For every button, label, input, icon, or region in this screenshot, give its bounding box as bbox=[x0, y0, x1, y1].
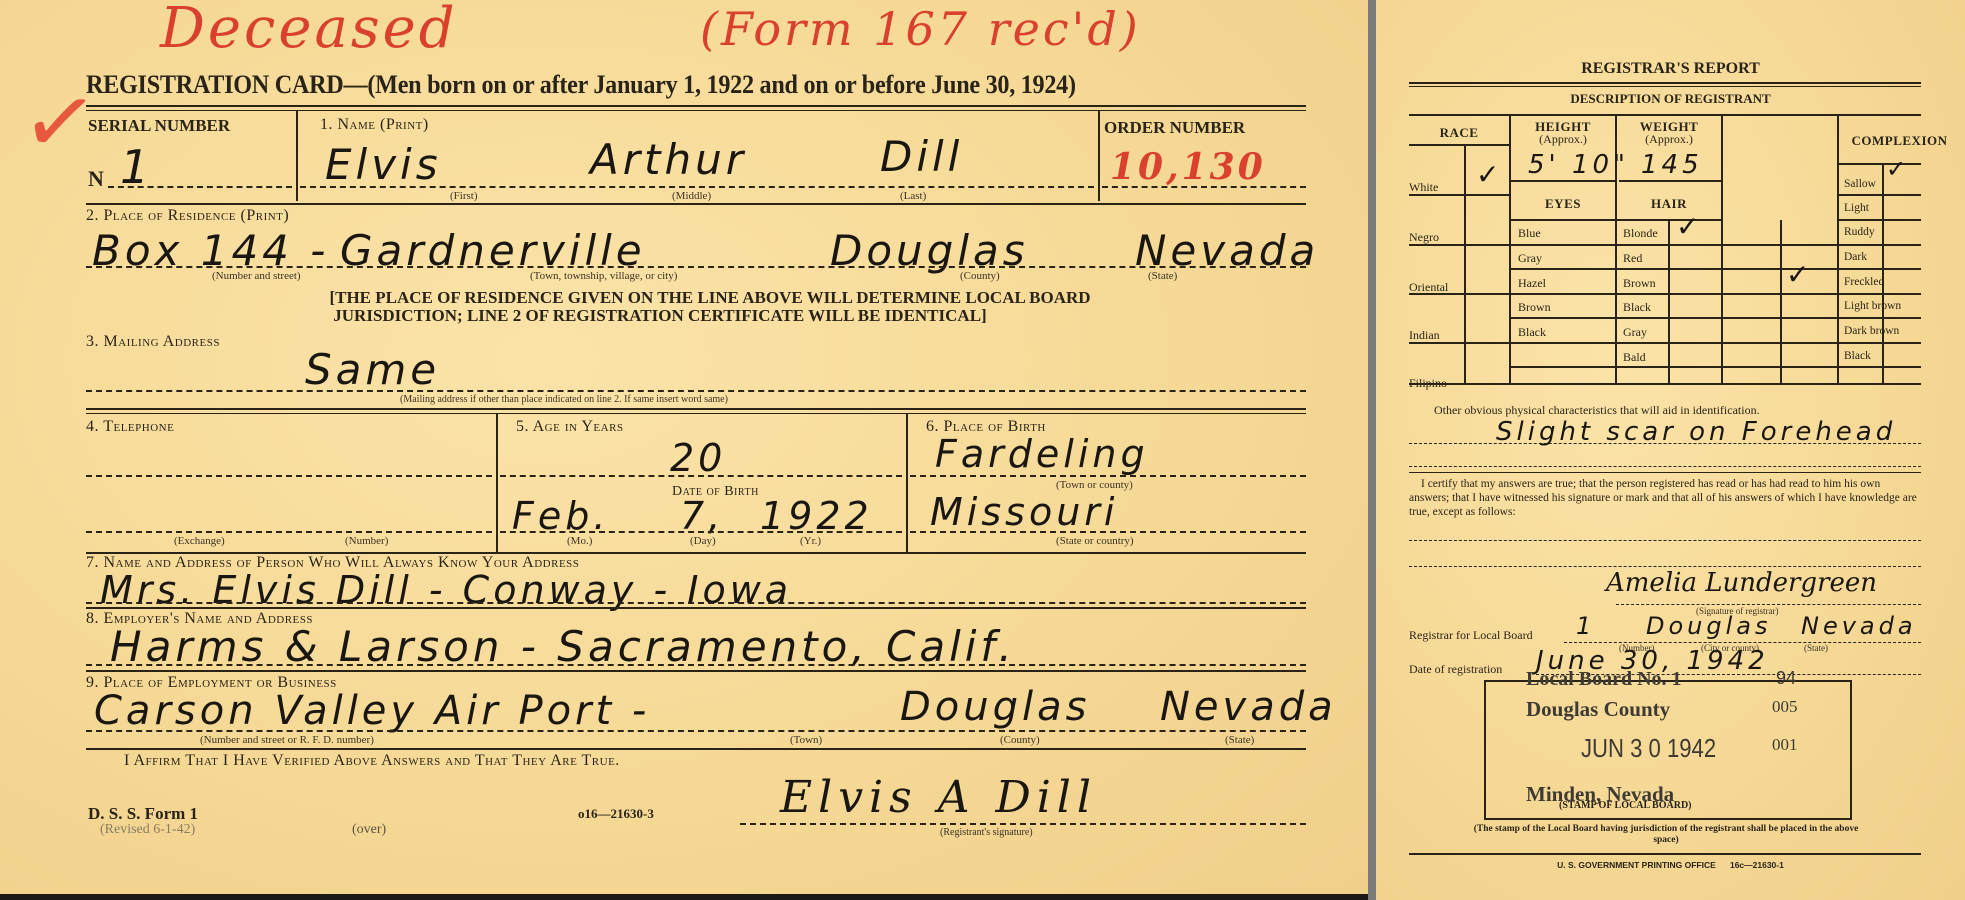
form-id: D. S. S. Form 1 bbox=[88, 804, 198, 824]
header-complexion: COMPLEXION bbox=[1839, 133, 1960, 149]
age-label: 5. Age in Years bbox=[516, 418, 624, 436]
stamp-caption: (STAMP OF LOCAL BOARD) bbox=[1559, 800, 1692, 811]
stamp-date: JUN 3 0 1942 bbox=[1581, 733, 1716, 764]
age-value: 20 bbox=[670, 436, 726, 480]
complexion-dark: Dark bbox=[1844, 251, 1867, 263]
caption-employment-county: (County) bbox=[1000, 734, 1040, 746]
caption-employment-town: (Town) bbox=[790, 734, 822, 746]
board-county: Douglas bbox=[1646, 612, 1772, 640]
caption-last: (Last) bbox=[900, 190, 926, 202]
name-middle: Arthur bbox=[590, 135, 747, 184]
contact-value: Mrs. Elvis Dill - Conway - Iowa bbox=[100, 568, 792, 612]
caption-month: (Mo.) bbox=[567, 535, 592, 547]
residence-notice-1: [THE PLACE OF RESIDENCE GIVEN ON THE LIN… bbox=[160, 288, 1260, 308]
employment-county: Douglas bbox=[900, 684, 1090, 730]
employment-state: Nevada bbox=[1160, 684, 1337, 730]
complexion-freckled: Freckled bbox=[1844, 276, 1884, 288]
stamp-line2: Douglas County bbox=[1526, 697, 1670, 722]
complexion-dark-brown: Dark brown bbox=[1844, 325, 1899, 337]
header-weight-approx: (Approx.) bbox=[1617, 132, 1721, 147]
serial-label: SERIAL NUMBER bbox=[88, 116, 230, 136]
stamp-code3: 001 bbox=[1772, 735, 1798, 755]
caption-board-state: (State) bbox=[1804, 643, 1828, 653]
employment-street: Carson Valley Air Port - bbox=[94, 688, 650, 734]
caption-town: (Town, township, village, or city) bbox=[530, 270, 677, 282]
hair-brown: Brown bbox=[1623, 276, 1656, 291]
mailing-value: Same bbox=[305, 345, 440, 394]
certify-statement: I certify that my answers are true; that… bbox=[1409, 477, 1921, 519]
header-race: RACE bbox=[1409, 125, 1509, 141]
card-bottom-edge bbox=[0, 894, 1368, 900]
report-subtitle: DESCRIPTION OF REGISTRANT bbox=[1376, 91, 1965, 107]
affirm-statement: I Affirm That I Have Verified Above Answ… bbox=[124, 752, 620, 770]
caption-county: (County) bbox=[960, 270, 1000, 282]
date-label: Date of registration bbox=[1409, 662, 1502, 677]
caption-number: (Number) bbox=[345, 535, 388, 547]
registrant-signature: Elvis A Dill bbox=[780, 772, 1097, 823]
caption-exchange: (Exchange) bbox=[174, 535, 225, 547]
caption-year: (Yr.) bbox=[800, 535, 821, 547]
complexion-light-brown: Light brown bbox=[1844, 300, 1901, 312]
header-eyes: EYES bbox=[1511, 196, 1615, 212]
eyes-brown: Brown bbox=[1518, 300, 1551, 315]
over-note: (over) bbox=[352, 822, 386, 838]
caption-birth-state: (State or country) bbox=[1056, 535, 1134, 547]
registration-card: Deceased (Form 167 rec'd) ✓ REGISTRATION… bbox=[0, 0, 1368, 900]
birthplace-town: Fardeling bbox=[935, 432, 1149, 476]
order-value: 10,130 bbox=[1110, 146, 1266, 188]
caption-employment-street: (Number and street or R. F. D. number) bbox=[200, 734, 374, 746]
hair-red: Red bbox=[1623, 251, 1642, 266]
serial-value: 1 bbox=[120, 140, 153, 194]
form-annotation: (Form 167 rec'd) bbox=[700, 2, 1141, 56]
name-first: Elvis bbox=[325, 140, 442, 189]
stamp-note: (The stamp of the Local Board having jur… bbox=[1466, 824, 1866, 846]
eyes-blue: Blue bbox=[1518, 226, 1541, 241]
race-indian: Indian bbox=[1409, 328, 1440, 343]
card-title: REGISTRATION CARD—(Men born on or after … bbox=[86, 70, 1076, 100]
board-state: Nevada bbox=[1801, 612, 1917, 640]
complexion-sallow: Sallow bbox=[1844, 178, 1876, 190]
report-title: REGISTRAR'S REPORT bbox=[1376, 60, 1965, 78]
stamp-line1: Local Board No. 1 bbox=[1526, 668, 1682, 691]
eyes-black: Black bbox=[1518, 325, 1546, 340]
other-label: Other obvious physical characteristics t… bbox=[1434, 403, 1760, 418]
board-number: 1 bbox=[1576, 612, 1595, 640]
caption-middle: (Middle) bbox=[672, 190, 711, 202]
printing-office-footer: U. S. GOVERNMENT PRINTING OFFICE 16c—216… bbox=[1376, 860, 1965, 870]
race-white: White bbox=[1409, 180, 1438, 195]
caption-day: (Day) bbox=[690, 535, 716, 547]
race-negro: Negro bbox=[1409, 230, 1439, 245]
residence-notice-2: JURISDICTION; LINE 2 OF REGISTRATION CER… bbox=[160, 306, 1160, 326]
hair-brown-check: ✓ bbox=[1786, 258, 1809, 291]
caption-street: (Number and street) bbox=[212, 270, 301, 282]
name-label: 1. Name (Print) bbox=[320, 116, 429, 134]
hair-bald: Bald bbox=[1623, 350, 1646, 365]
order-label: ORDER NUMBER bbox=[1104, 118, 1245, 138]
caption-signature: (Registrant's signature) bbox=[940, 827, 1033, 838]
stamp-code1: 94 bbox=[1776, 668, 1796, 689]
revised-date: (Revised 6-1-42) bbox=[100, 822, 195, 838]
board-label: Registrar for Local Board bbox=[1409, 628, 1533, 643]
caption-employment-state: (State) bbox=[1225, 734, 1254, 746]
complexion-black: Black bbox=[1844, 350, 1871, 362]
hair-blonde: Blonde bbox=[1623, 226, 1658, 241]
birthplace-state: Missouri bbox=[930, 490, 1118, 534]
caption-state: (State) bbox=[1148, 270, 1177, 282]
header-hair: HAIR bbox=[1617, 196, 1721, 212]
registrars-report-card: REGISTRAR'S REPORT DESCRIPTION OF REGIST… bbox=[1376, 0, 1965, 900]
eyes-hazel: Hazel bbox=[1518, 276, 1546, 291]
caption-first: (First) bbox=[450, 190, 478, 202]
hair-black: Black bbox=[1623, 300, 1651, 315]
weight-value: 145 bbox=[1641, 150, 1703, 180]
mailing-label: 3. Mailing Address bbox=[86, 333, 220, 351]
eyes-gray: Gray bbox=[1518, 251, 1542, 266]
residence-label: 2. Place of Residence (Print) bbox=[86, 207, 289, 225]
caption-mailing: (Mailing address if other than place ind… bbox=[400, 394, 728, 405]
serial-prefix: N bbox=[88, 166, 104, 192]
hair-gray: Gray bbox=[1623, 325, 1647, 340]
height-value: 5' 10" bbox=[1528, 150, 1629, 180]
eyes-blue-check: ✓ bbox=[1676, 210, 1699, 243]
stamp-code2: 005 bbox=[1772, 697, 1798, 717]
telephone-label: 4. Telephone bbox=[86, 418, 174, 436]
name-last: Dill bbox=[880, 132, 963, 181]
header-height-approx: (Approx.) bbox=[1511, 132, 1615, 147]
complexion-ruddy: Ruddy bbox=[1844, 226, 1875, 238]
registrar-signature: Amelia Lundergreen bbox=[1606, 568, 1877, 598]
deceased-annotation: Deceased bbox=[160, 0, 458, 61]
complexion-light: Light bbox=[1844, 202, 1869, 214]
race-white-check: ✓ bbox=[1476, 158, 1499, 191]
complexion-sallow-check: ✓ bbox=[1886, 155, 1906, 183]
print-code: o16—21630-3 bbox=[578, 806, 654, 822]
